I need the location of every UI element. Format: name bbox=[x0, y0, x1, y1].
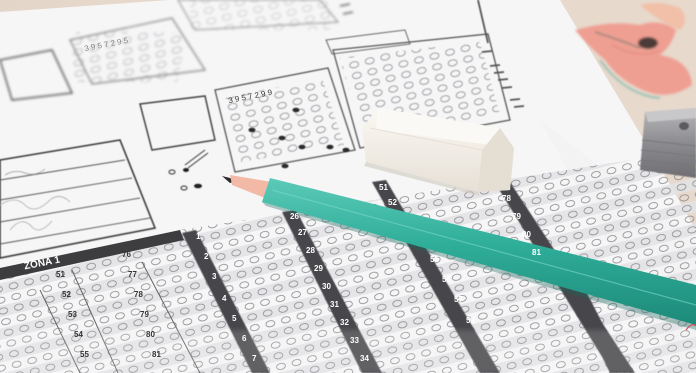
photo-scene: ZONA 1 3 9 5 7 2 9 5 3 9 5 7 2 9 9 1 2 3… bbox=[0, 0, 696, 373]
sharpener bbox=[640, 108, 696, 178]
